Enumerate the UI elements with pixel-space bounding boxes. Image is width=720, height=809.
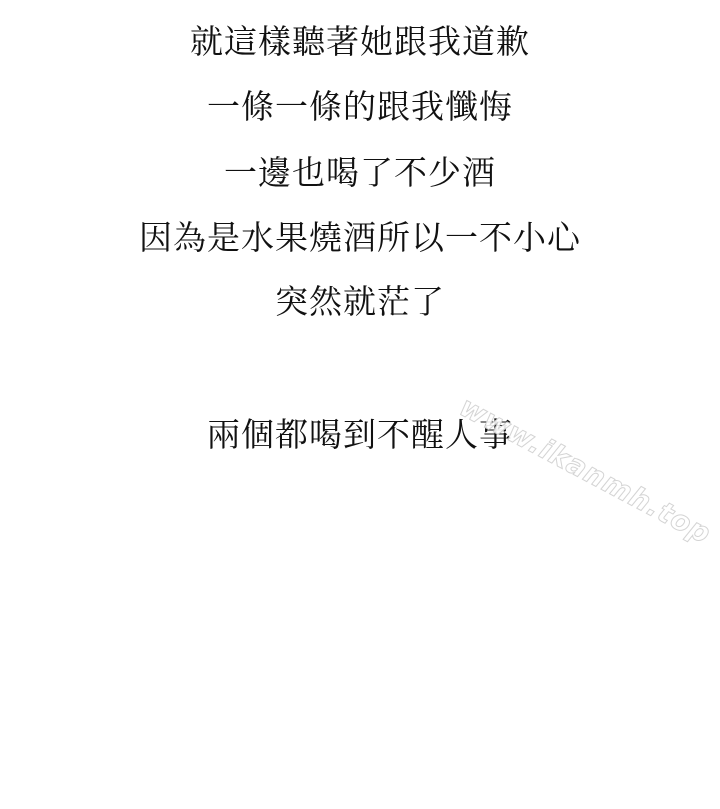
- caption-line-4: 因為是水果燒酒所以一不小心: [0, 218, 720, 258]
- caption-line-2: 一條一條的跟我懺悔: [0, 87, 720, 127]
- caption-line-5: 突然就茫了: [0, 282, 720, 322]
- caption-line-6: 兩個都喝到不醒人事: [0, 415, 720, 455]
- caption-line-3: 一邊也喝了不少酒: [0, 153, 720, 193]
- caption-line-1: 就這樣聽著她跟我道歉: [0, 22, 720, 62]
- watermark-text: www.ikanmh.top: [454, 390, 717, 551]
